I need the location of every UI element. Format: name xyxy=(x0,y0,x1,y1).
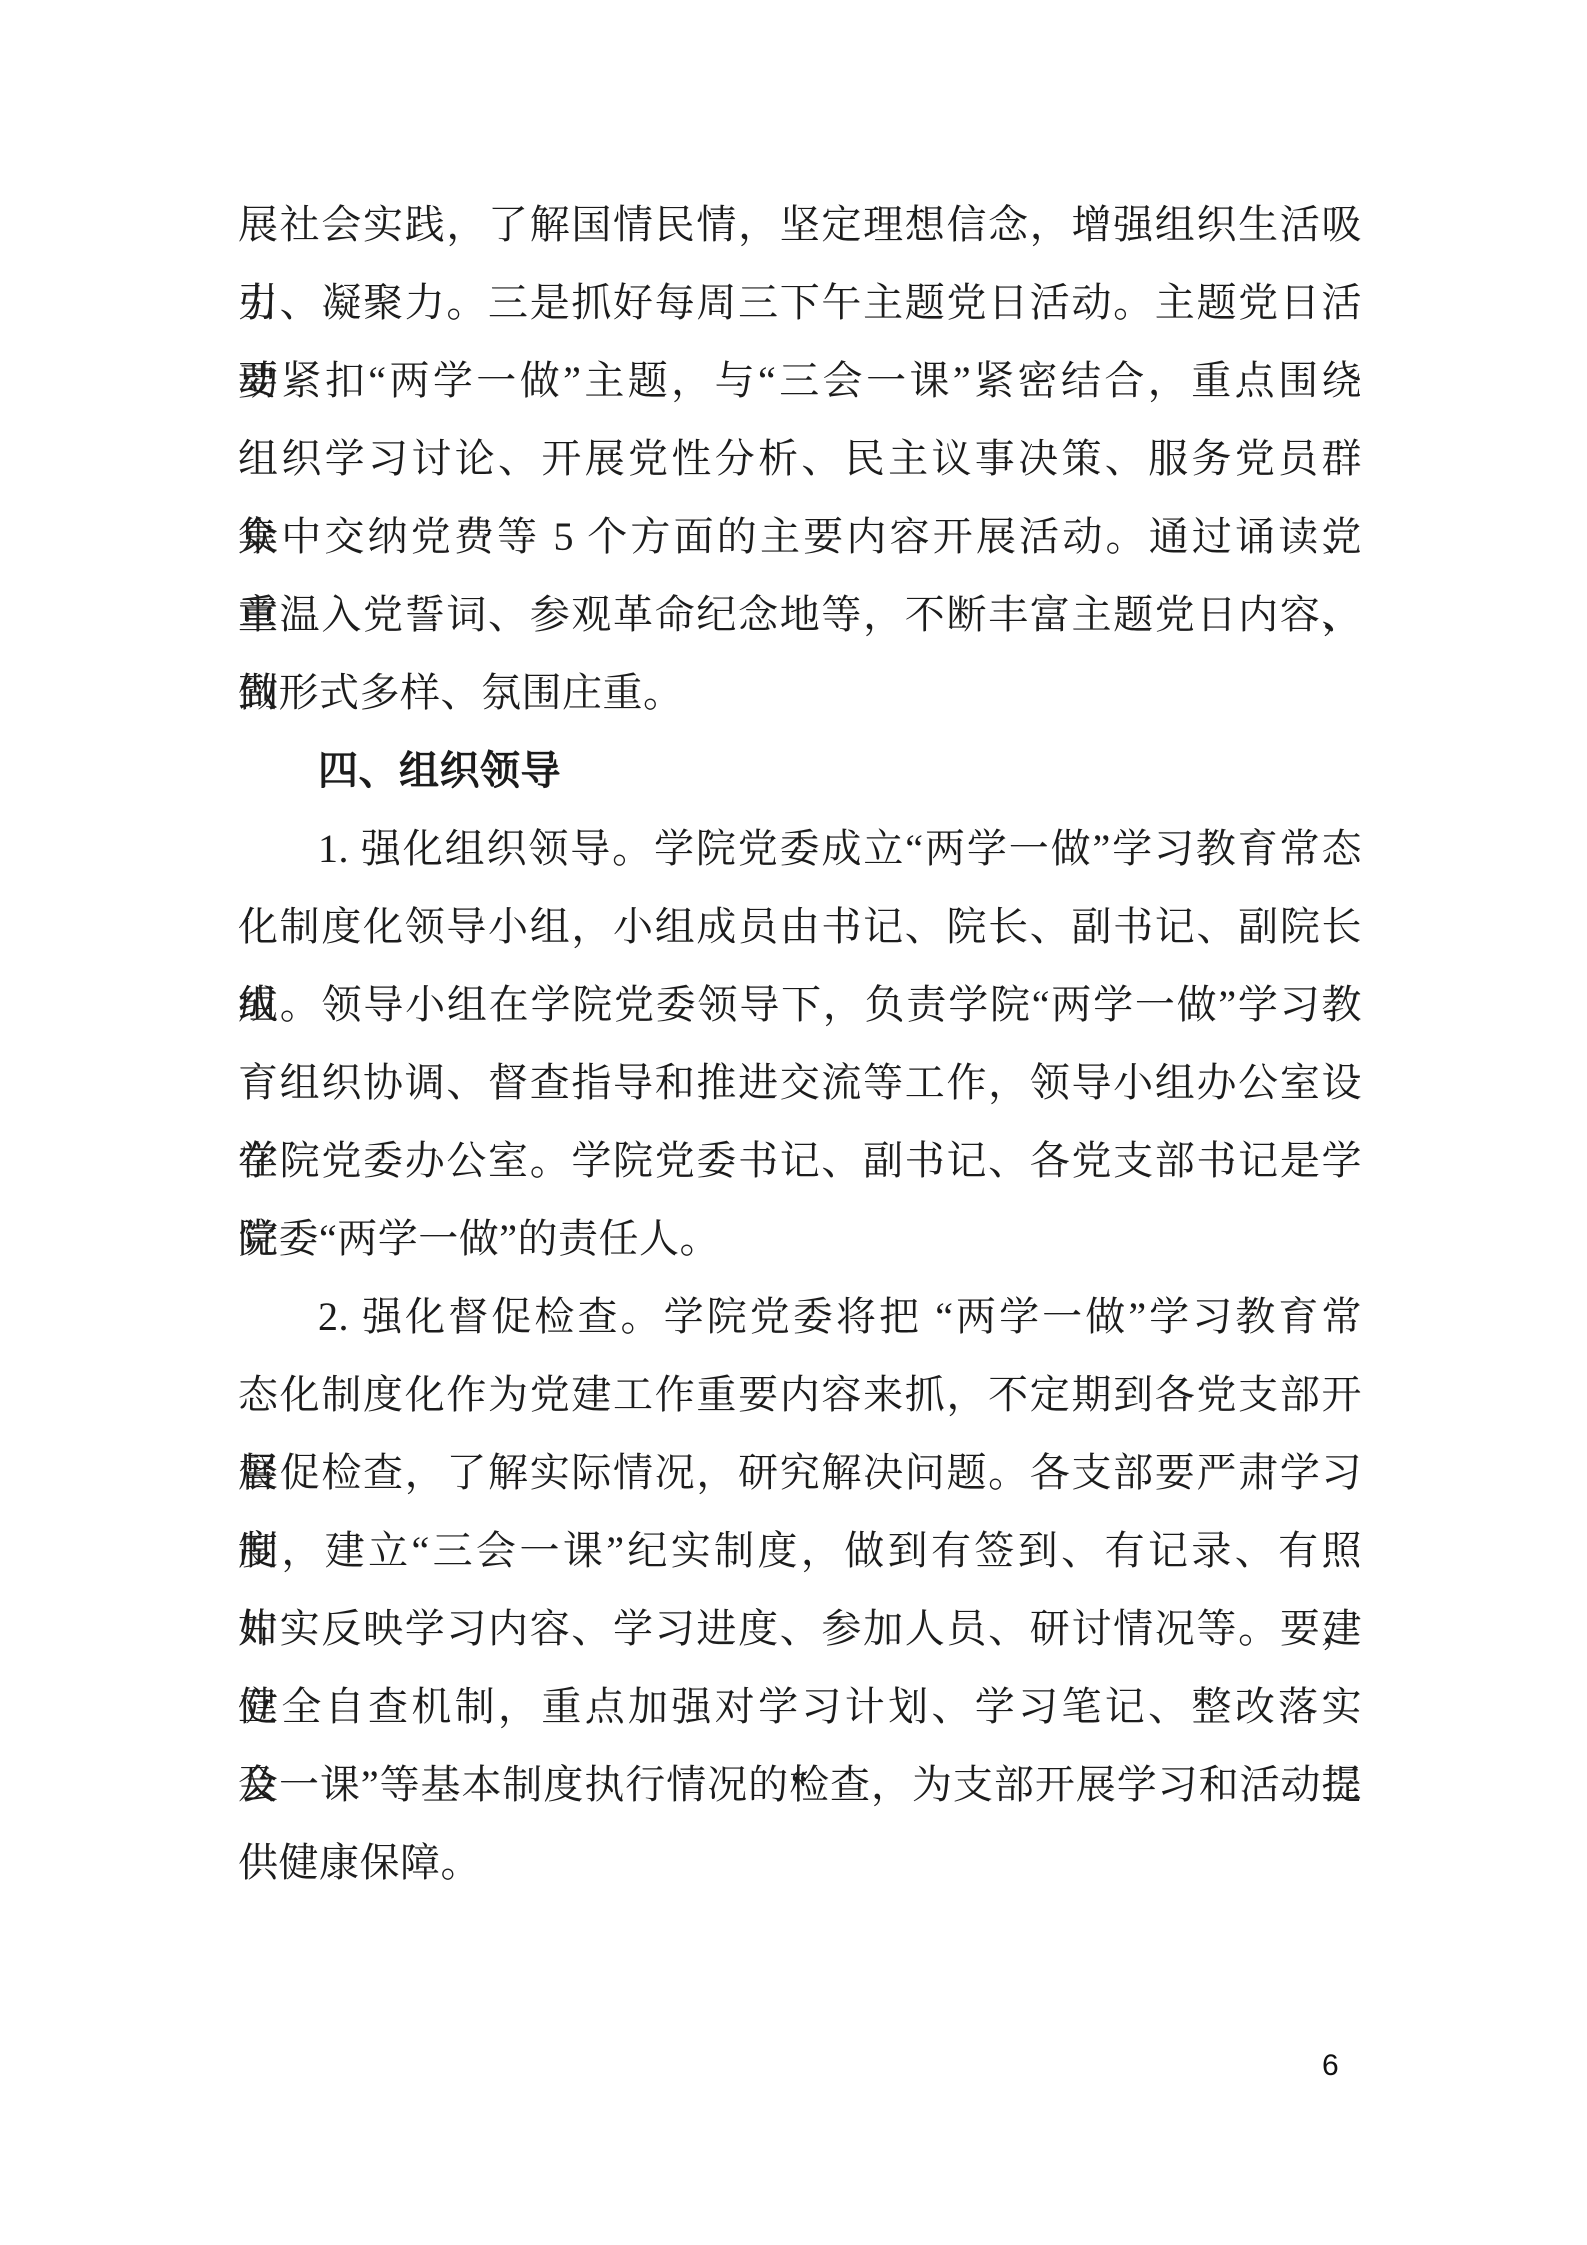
text-line: 如实反映学习内容、学习进度、参加人员、研讨情况等。要建立 xyxy=(238,1590,1362,1668)
text-line: 展社会实践，了解国情民情，坚定理想信念，增强组织生活吸引 xyxy=(238,186,1362,264)
document-body: 展社会实践，了解国情民情，坚定理想信念，增强组织生活吸引 力、凝聚力。三是抓好每… xyxy=(238,186,1362,1902)
text-line: 学院党委办公室。学院党委书记、副书记、各党支部书记是学院 xyxy=(238,1122,1362,1200)
text-line: 健全自查机制，重点加强对学习计划、学习笔记、整改落实及“三 xyxy=(238,1668,1362,1746)
text-line: 党委“两学一做”的责任人。 xyxy=(238,1200,1362,1278)
text-line: 督促检查，了解实际情况，研究解决问题。各支部要严肃学习制 xyxy=(238,1434,1362,1512)
text-line: 重温入党誓词、参观革命纪念地等，不断丰富主题党日内容，做 xyxy=(238,576,1362,654)
text-line: 度，建立“三会一课”纪实制度，做到有签到、有记录、有照片， xyxy=(238,1512,1362,1590)
text-line: 态化制度化作为党建工作重要内容来抓，不定期到各党支部开展 xyxy=(238,1356,1362,1434)
text-line: 会一课”等基本制度执行情况的检查，为支部开展学习和活动提 xyxy=(238,1746,1362,1824)
text-line: 供健康保障。 xyxy=(238,1824,1362,1902)
text-line: 化制度化领导小组，小组成员由书记、院长、副书记、副院长组 xyxy=(238,888,1362,966)
text-line: 集中交纳党费等 5 个方面的主要内容开展活动。通过诵读党章、 xyxy=(238,498,1362,576)
text-line: 育组织协调、督查指导和推进交流等工作，领导小组办公室设在 xyxy=(238,1044,1362,1122)
document-page: 展社会实践，了解国情民情，坚定理想信念，增强组织生活吸引 力、凝聚力。三是抓好每… xyxy=(0,0,1587,2245)
page-number: 6 xyxy=(1322,2046,1339,2086)
text-line: 要紧扣“两学一做”主题，与“三会一课”紧密结合，重点围绕 xyxy=(238,342,1362,420)
text-line: 1. 强化组织领导。学院党委成立“两学一做”学习教育常态 xyxy=(238,810,1362,888)
text-line: 组织学习讨论、开展党性分析、民主议事决策、服务党员群众、 xyxy=(238,420,1362,498)
text-line: 到形式多样、氛围庄重。 xyxy=(238,654,1362,732)
text-line: 力、凝聚力。三是抓好每周三下午主题党日活动。主题党日活动 xyxy=(238,264,1362,342)
text-line: 2. 强化督促检查。学院党委将把 “两学一做”学习教育常 xyxy=(238,1278,1362,1356)
text-line: 成。领导小组在学院党委领导下，负责学院“两学一做”学习教 xyxy=(238,966,1362,1044)
section-heading: 四、组织领导 xyxy=(238,732,1362,810)
